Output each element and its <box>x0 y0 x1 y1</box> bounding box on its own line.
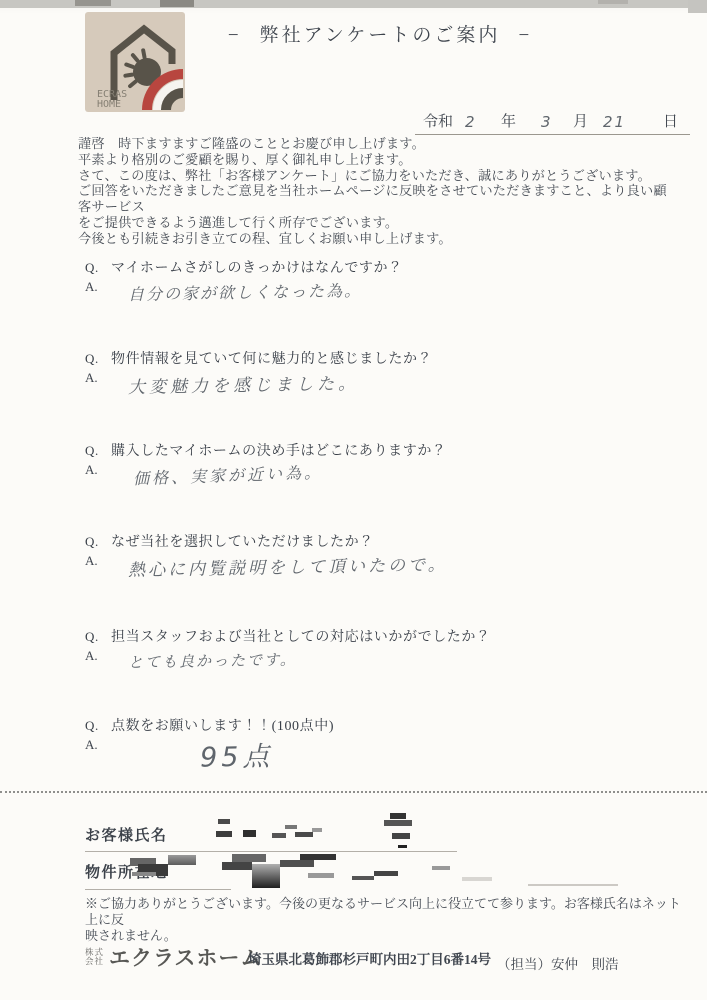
question-text: 担当スタッフおよび当社としての対応はいかがでしたか？ <box>111 630 491 645</box>
scan-smudge <box>688 0 707 13</box>
property-location-underline <box>85 889 231 890</box>
date-era: 令和 <box>423 110 453 131</box>
title-text: 弊社アンケートのご案内 <box>260 25 501 46</box>
company-contact: （担当）安仲 則浩 <box>497 953 619 973</box>
company-name: エクラスホーム <box>109 942 262 972</box>
logo-text-home: HOME <box>97 99 121 110</box>
page-title: −弊社アンケートのご案内− <box>100 20 660 47</box>
date-month-handwritten: 3 <box>541 113 553 131</box>
company-address: 埼玉県北葛飾郡杉戸町内田2丁目6番14号 <box>248 948 491 968</box>
question-text: 購入したマイホームの決め手はどこにありますか？ <box>111 444 447 459</box>
a-label: A. <box>85 737 665 753</box>
redacted-block <box>374 871 398 876</box>
handwritten-score: 95点 <box>200 734 274 774</box>
title-dash-left: − <box>210 25 260 46</box>
greeting-line: をご提供できるよう邁進して行く所存でございます。 <box>78 215 678 231</box>
greeting-line: 平素より格別のご愛顧を賜り、厚く御礼申し上げます。 <box>78 152 678 168</box>
scan-smudge <box>598 0 628 4</box>
q-label: Q. <box>85 629 111 645</box>
qa-block-6: Q.点数をお願いします！！(100点中) A. <box>85 715 665 753</box>
greeting-line: 今後とも引続きお引き立ての程、宜しくお願い申し上げます。 <box>78 231 678 247</box>
q-label: Q. <box>85 443 111 459</box>
redacted-block <box>280 860 314 867</box>
redacted-block <box>352 876 374 880</box>
q-label: Q. <box>85 260 111 276</box>
handwritten-answer: 自分の家が欲しくなった為。 <box>128 278 362 305</box>
question-text: なぜ当社を選択していただけましたか？ <box>111 535 374 550</box>
redacted-block <box>252 864 280 888</box>
q-label: Q. <box>85 351 111 367</box>
redacted-block <box>168 855 196 865</box>
date-month-label: 月 <box>573 110 588 131</box>
dotted-separator <box>0 791 707 793</box>
redacted-block <box>232 854 266 862</box>
redacted-block <box>216 831 232 837</box>
date-day-label: 日 <box>663 110 678 131</box>
redacted-block <box>285 825 297 829</box>
footnote: ※ご協力ありがとうございます。今後の更なるサービス向上に役立てて参ります。お客様… <box>85 896 685 944</box>
q-label: Q. <box>85 534 111 550</box>
customer-name-label: お客様氏名 <box>85 824 168 845</box>
question-text: 点数をお願いします！！(100点中) <box>111 719 334 734</box>
redacted-block <box>222 862 252 870</box>
company-prefix-line: 会社 <box>85 957 104 966</box>
date-line: 令和 2 年 3 月 21 日 <box>415 104 690 135</box>
redacted-block <box>390 813 406 819</box>
scan-smudge <box>75 0 111 6</box>
title-dash-right: − <box>500 25 550 46</box>
redacted-block <box>308 873 334 878</box>
customer-name-underline <box>85 851 457 852</box>
redacted-block <box>218 819 230 824</box>
redacted-block <box>392 833 410 839</box>
redacted-block <box>462 877 492 881</box>
redacted-block <box>398 845 407 848</box>
handwritten-answer: 熱心に内覧説明をして頂いたので。 <box>128 550 448 581</box>
q-label: Q. <box>85 718 111 734</box>
footnote-line: ※ご協力ありがとうございます。今後の更なるサービス向上に役立てて参ります。お客様… <box>85 896 685 928</box>
redacted-block <box>528 884 618 886</box>
redacted-block <box>272 833 286 838</box>
question-text: マイホームさがしのきっかけはなんですか？ <box>111 261 403 276</box>
greeting-line: ご回答をいただきましたご意見を当社ホームページに反映をさせていただきますこと、よ… <box>78 183 678 215</box>
redacted-block <box>432 866 450 870</box>
greeting-line: さて、この度は、弊社「お客様アンケート」にご協力をいただき、誠にありがとうござい… <box>78 168 678 184</box>
date-year-handwritten: 2 <box>465 113 477 131</box>
greeting-line: 謹啓 時下ますますご隆盛のこととお慶び申し上げます。 <box>78 136 678 152</box>
scanned-survey-page: ECRAS HOME −弊社アンケートのご案内− 令和 2 年 3 月 21 日… <box>0 0 707 1000</box>
redacted-block <box>312 828 322 832</box>
redacted-block <box>295 832 313 837</box>
date-year-label: 年 <box>501 110 516 131</box>
question-text: 物件情報を見ていて何に魅力的と感じましたか？ <box>111 352 432 367</box>
redacted-block <box>384 820 412 826</box>
date-day-handwritten: 21 <box>603 113 626 131</box>
scan-smudge <box>160 0 194 7</box>
redacted-block <box>243 830 256 837</box>
redacted-block <box>300 854 336 860</box>
greeting-paragraph: 謹啓 時下ますますご隆盛のこととお慶び申し上げます。 平素より格別のご愛顧を賜り… <box>78 136 678 247</box>
company-prefix: 株式 会社 <box>85 948 104 966</box>
handwritten-answer: とても良かったです。 <box>128 649 297 673</box>
redacted-block <box>132 872 156 876</box>
handwritten-answer: 大変魅力を感じました。 <box>128 369 359 398</box>
